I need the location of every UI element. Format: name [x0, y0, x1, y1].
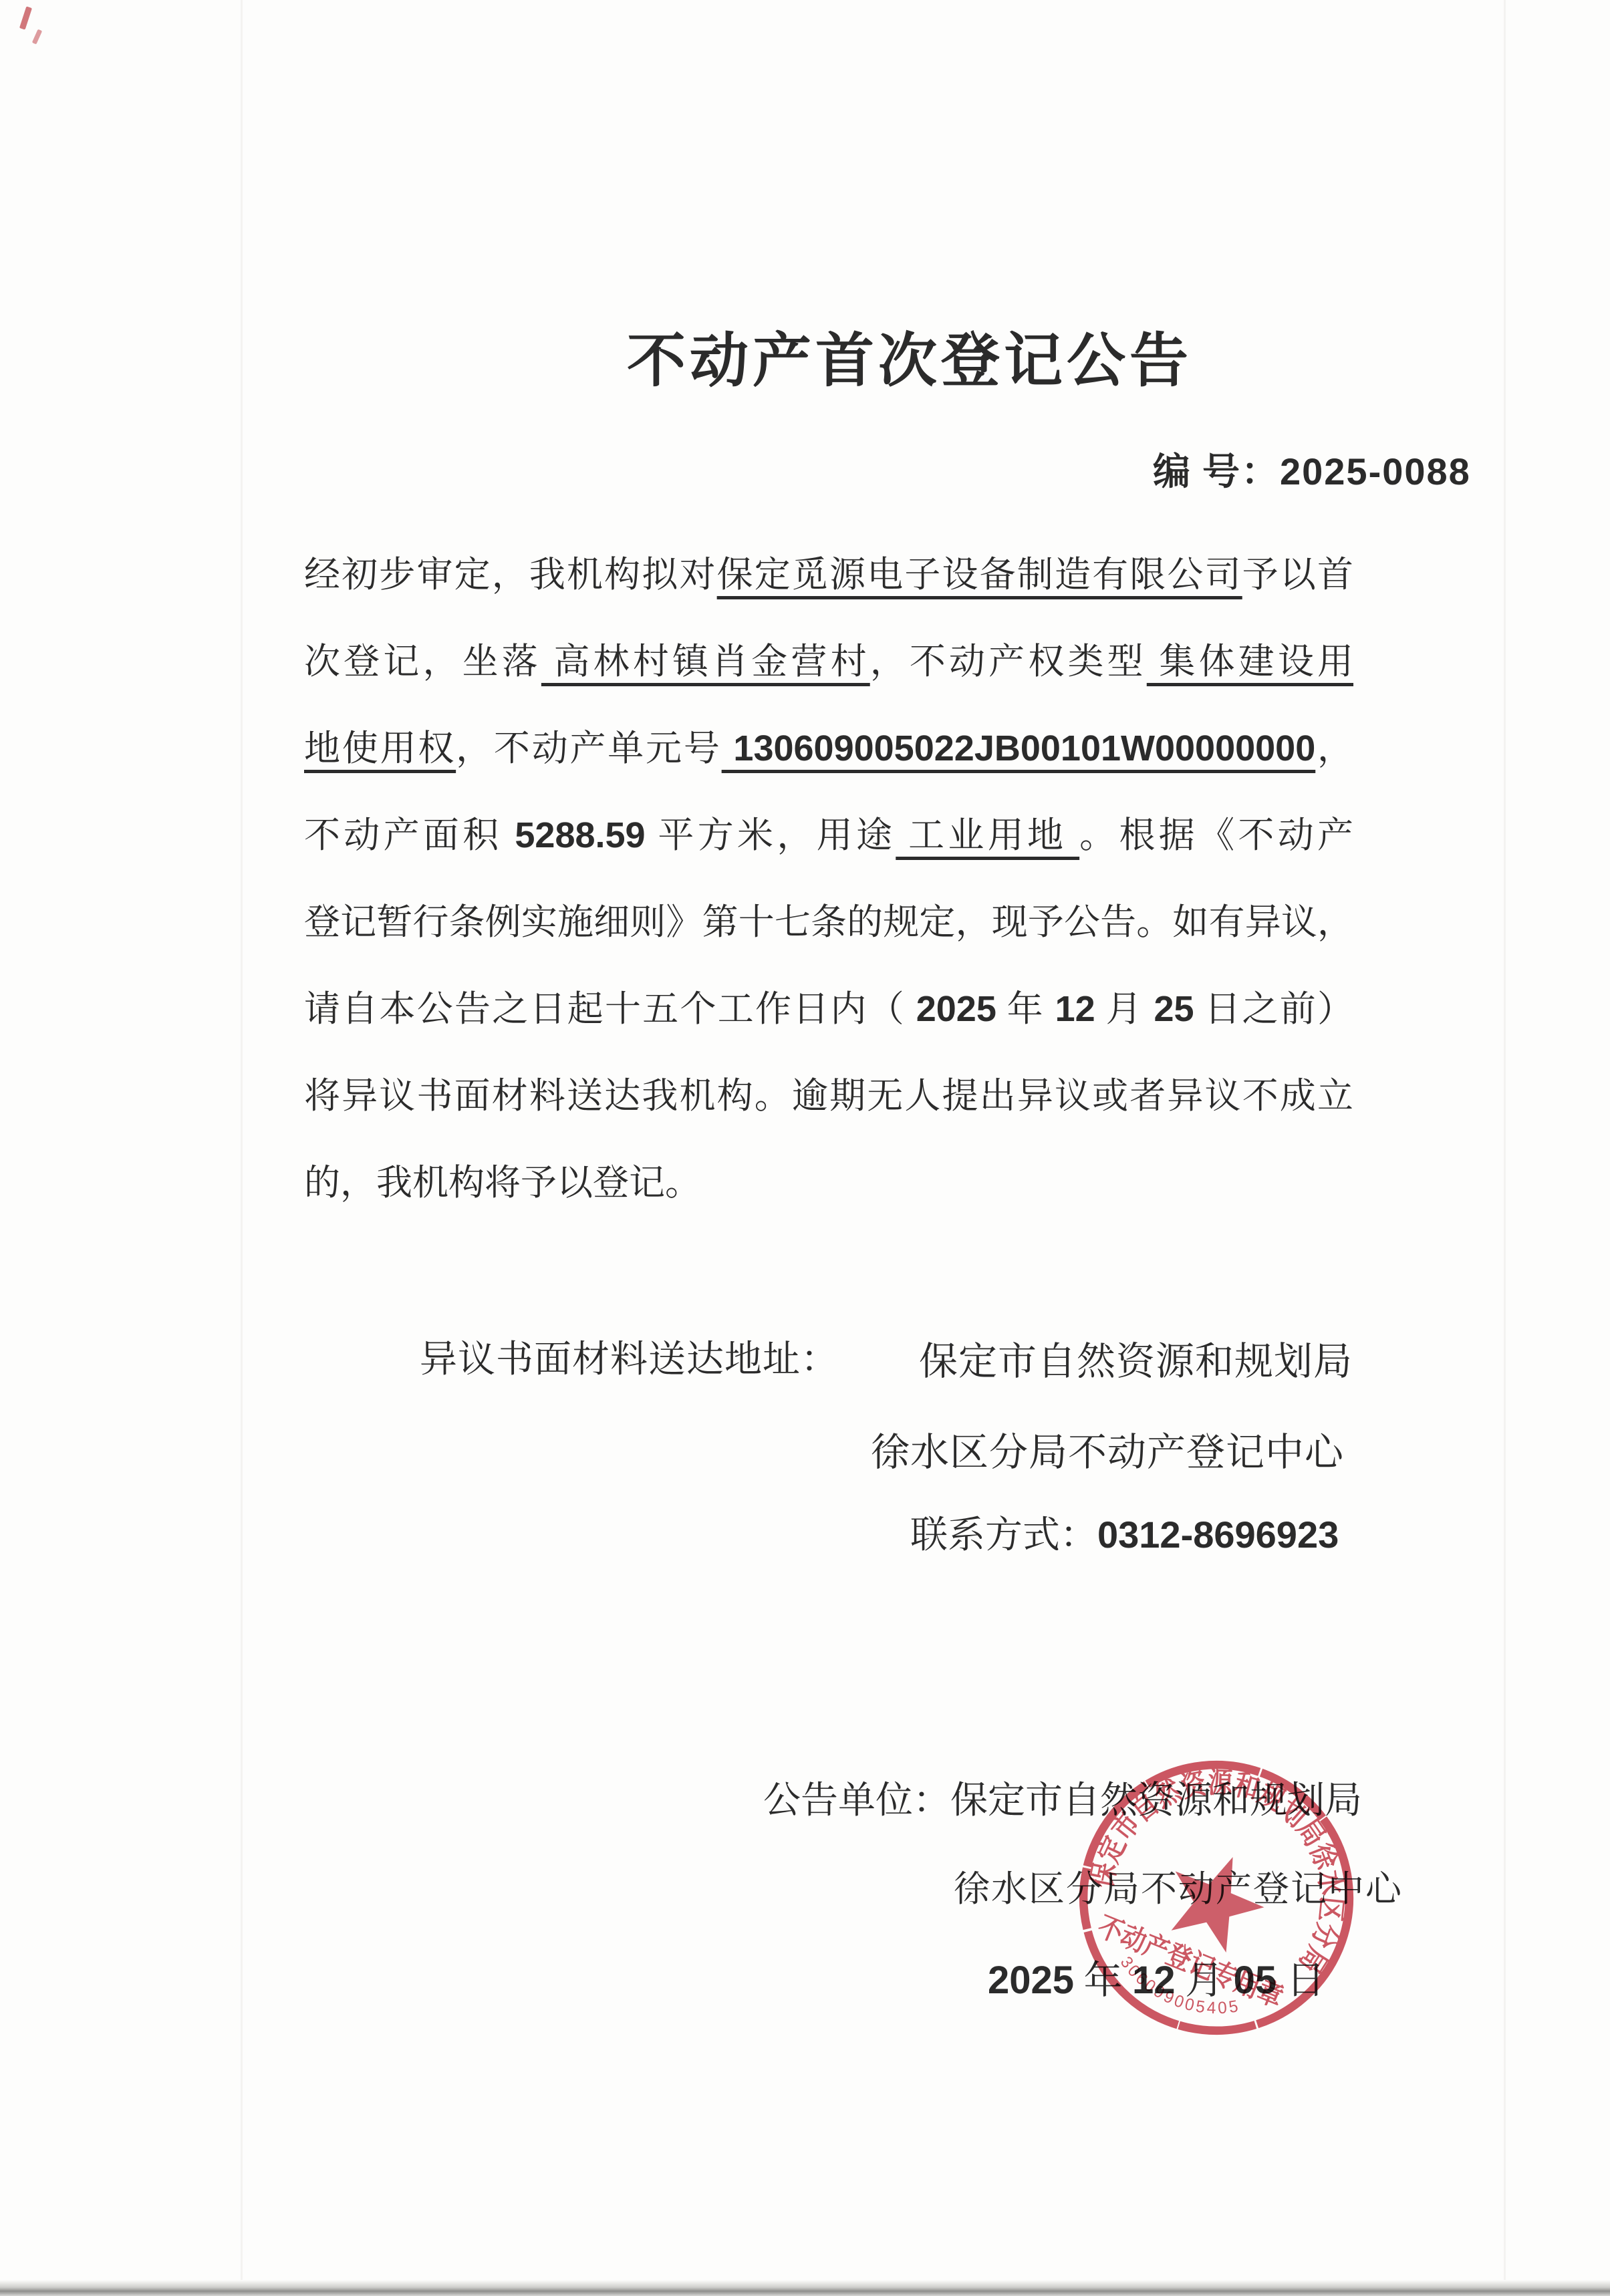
stamp-graphic: 保定市自然资源和规划局徐水区分局 不动产登记专用章 306099005405	[1023, 1705, 1410, 2091]
body-line: 次登记，坐落 高林村镇肖金营村，不动产权类型 集体建设用	[304, 618, 1353, 705]
body-line: 地使用权，不动产单元号 130609005022JB00101W00000000…	[304, 705, 1353, 792]
body-line: 将异议书面材料送达我机构。逾期无人提出异议或者异议不成立	[304, 1052, 1353, 1139]
text-run: 地使用权	[304, 728, 456, 768]
doc-number-label: 编 号：	[1153, 452, 1280, 493]
text-run: 月	[1095, 989, 1154, 1029]
doc-number-value: 2025-0088	[1280, 450, 1471, 492]
body-line: 不动产面积 5288.59 平方米，用途 工业用地 。根据《不动产	[304, 792, 1353, 879]
address-label: 异议书面材料送达地址：	[420, 1330, 839, 1383]
body-line: 请自本公告之日起十五个工作日内（ 2025 年 12 月 25 日之前）	[304, 966, 1353, 1052]
page-title: 不动产首次登记公告	[627, 314, 1192, 398]
text-run: ，	[1315, 728, 1353, 768]
text-run: 12	[1055, 989, 1095, 1029]
scan-streak	[1504, 0, 1506, 2296]
text-run: ，不动产单元号	[456, 728, 722, 768]
text-run: 25	[1154, 989, 1194, 1029]
text-run: 平方米，用途	[646, 815, 896, 855]
text-run: 130609005022JB00101W00000000	[722, 728, 1316, 768]
text-run: 登记暂行条例实施细则》第十七条的规定，现予公告。如有异议，	[304, 902, 1353, 942]
contact-line: 联系方式：0312-8696923	[910, 1505, 1339, 1559]
text-run: 年	[996, 989, 1055, 1029]
text-run: 将异议书面材料送达我机构。逾期无人提出异议或者异议不成立	[304, 1076, 1353, 1116]
text-run: 集体建设用	[1147, 641, 1353, 682]
scan-artifact	[19, 6, 32, 29]
text-run: 联系方式：	[910, 1515, 1097, 1556]
text-run: 2025	[916, 989, 996, 1029]
text-run: 0312-8696923	[1097, 1514, 1339, 1556]
text-run: 不动产面积	[304, 815, 515, 855]
text-run: 请自本公告之日起十五个工作日内（	[304, 989, 916, 1029]
text-run: ，不动产权类型	[870, 641, 1147, 682]
announce-unit-label: 公告单位：	[763, 1780, 950, 1822]
address-org-line2: 徐水区分局不动产登记中心	[871, 1421, 1344, 1477]
text-run: 保定觅源电子设备制造有限公司	[717, 555, 1242, 595]
text-run: 经初步审定，我机构拟对	[304, 555, 717, 595]
text-run: 5288.59	[515, 815, 645, 855]
text-run: 的，我机构将予以登记。	[304, 1163, 701, 1203]
doc-number: 编 号：2025-0088	[1153, 442, 1471, 496]
body-line: 登记暂行条例实施细则》第十七条的规定，现予公告。如有异议，	[304, 879, 1353, 966]
text-run: 次登记，坐落	[304, 641, 541, 682]
body-line: 经初步审定，我机构拟对保定觅源电子设备制造有限公司予以首	[304, 531, 1353, 618]
text-run: 。根据《不动产	[1079, 815, 1353, 855]
scanned-document-page: 不动产首次登记公告 编 号：2025-0088 经初步审定，我机构拟对保定觅源电…	[0, 0, 1610, 2296]
text-run: 予以首	[1242, 555, 1353, 595]
scan-streak	[241, 0, 243, 2296]
body-line: 的，我机构将予以登记。	[304, 1139, 1353, 1226]
scan-bottom-edge	[0, 2280, 1610, 2296]
address-org-line1: 保定市自然资源和规划局	[919, 1330, 1353, 1386]
official-stamp: 保定市自然资源和规划局徐水区分局 不动产登记专用章 306099005405	[1023, 1705, 1410, 2091]
body-paragraph: 经初步审定，我机构拟对保定觅源电子设备制造有限公司予以首次登记，坐落 高林村镇肖…	[304, 531, 1353, 1226]
text-run: 工业用地	[896, 815, 1079, 855]
scan-artifact	[32, 29, 42, 45]
text-run: 日之前）	[1194, 989, 1354, 1029]
text-run: 高林村镇肖金营村	[541, 641, 870, 682]
